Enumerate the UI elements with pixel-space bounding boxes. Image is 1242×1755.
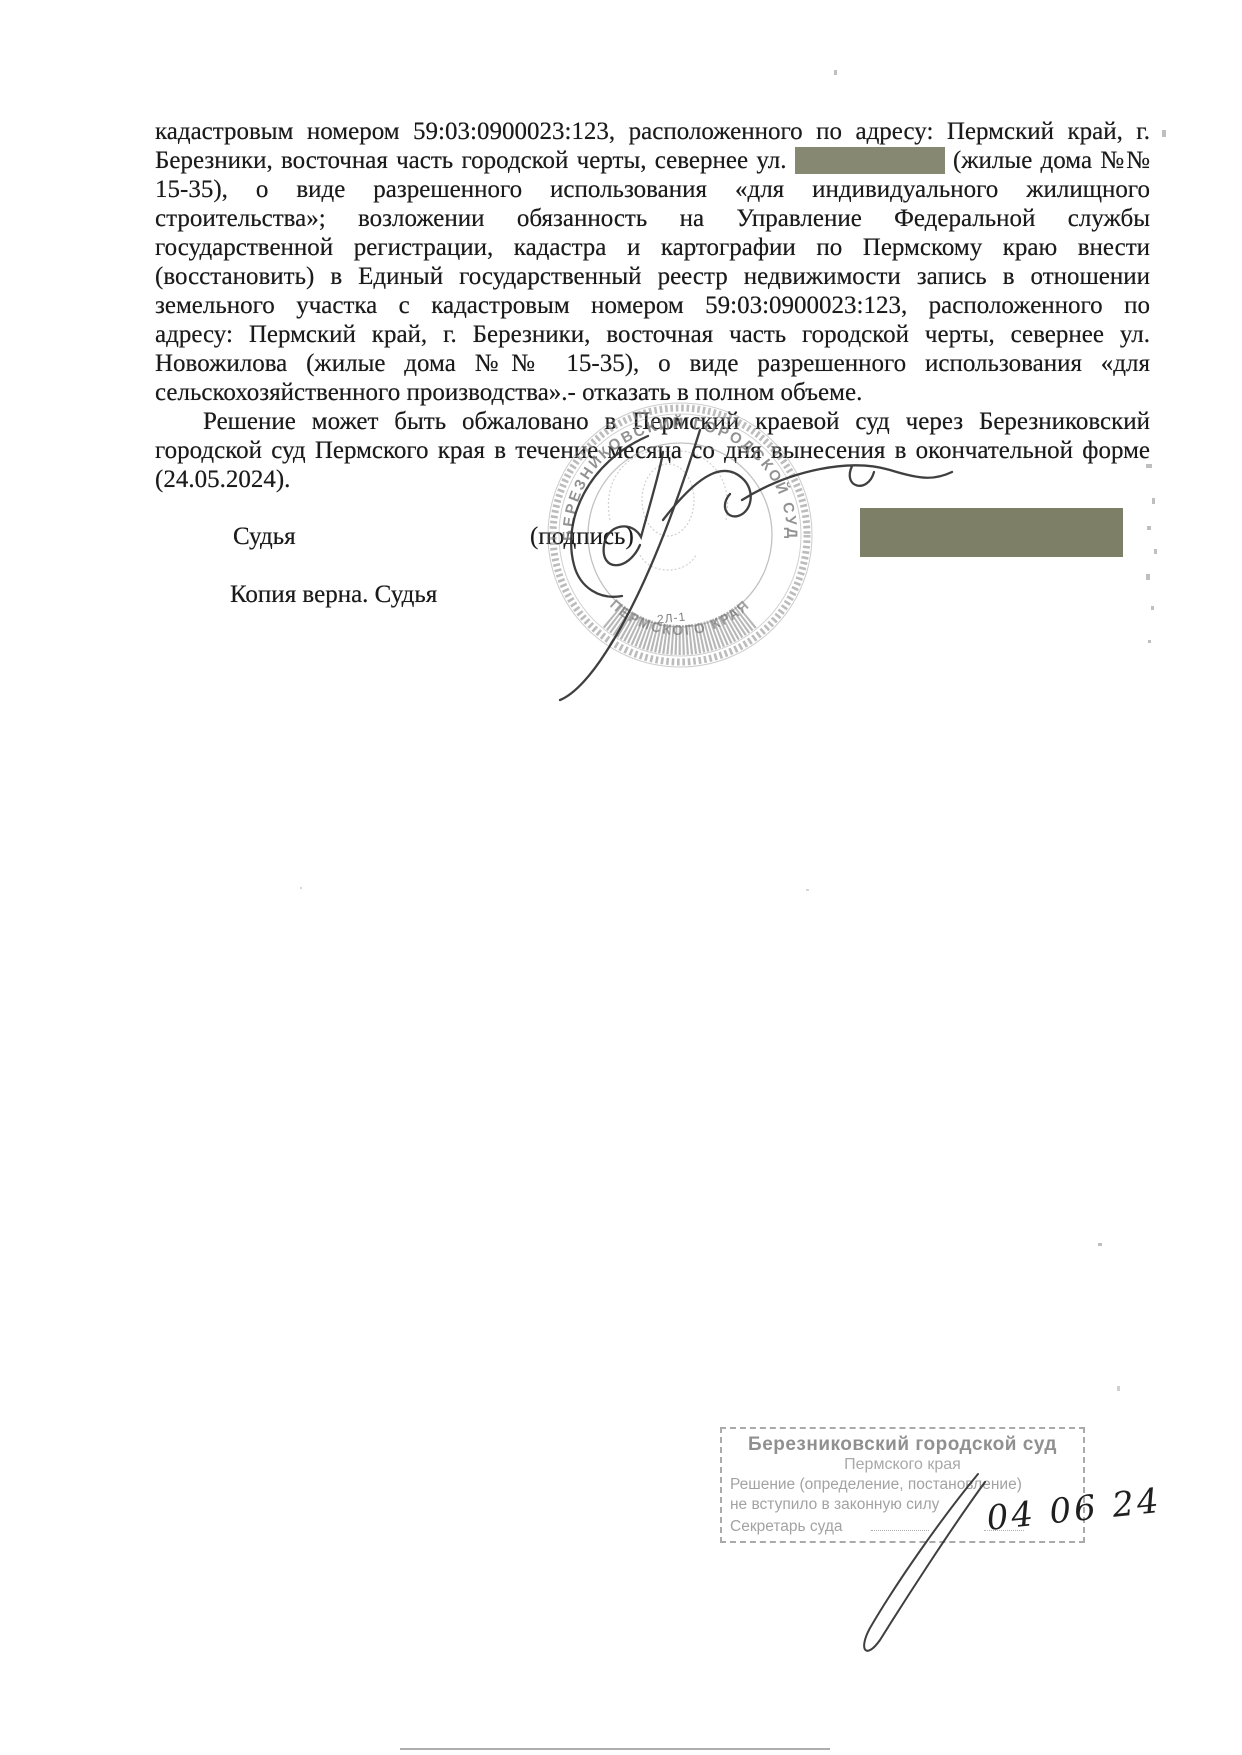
scan-speck — [1154, 549, 1157, 554]
scan-speck — [1098, 1243, 1102, 1246]
scan-speck — [300, 887, 302, 889]
scan-speck — [1148, 640, 1151, 643]
secretary-signature: 04 06 24 — [830, 1455, 1160, 1670]
redaction-street-name — [795, 147, 945, 174]
scan-speck — [1117, 1386, 1120, 1391]
text-line: (восстановить) в Единый государственный … — [155, 262, 1150, 291]
scan-speck — [806, 889, 809, 891]
text-line: строительства»; возложении обязанность н… — [155, 204, 1150, 233]
scan-speck — [834, 70, 837, 75]
stamp-secretary-text: Секретарь суда — [730, 1518, 843, 1535]
copy-certified-label: Копия верна. Судья — [230, 580, 437, 609]
judge-label: Судья — [233, 522, 296, 551]
scanned-document-page: кадастровым номером 59:03:0900023:123, р… — [0, 0, 1242, 1755]
text-segment: (жилые дома №№ — [953, 147, 1150, 174]
stamp-court-name: Березниковский городской суд — [722, 1434, 1083, 1456]
text-line: земельного участка с кадастровым номером… — [155, 291, 1150, 320]
scan-speck — [1146, 464, 1152, 468]
text-line: Березники, восточная часть городской чер… — [155, 146, 1150, 175]
seal-emblem-eagle — [608, 451, 727, 570]
text-line: государственной регистрации, кадастра и … — [155, 233, 1150, 262]
secretary-signature-loop — [864, 1474, 985, 1651]
handwritten-date: 04 06 24 — [985, 1481, 1160, 1539]
text-line: адресу: Пермский край, г. Березники, вос… — [155, 320, 1150, 349]
scan-speck — [1151, 606, 1154, 610]
scan-speck — [1152, 498, 1155, 504]
scan-artifact-line — [400, 1748, 830, 1750]
text-segment: Березники, восточная часть городской чер… — [155, 147, 786, 174]
scan-speck — [1162, 130, 1166, 137]
scan-speck — [1146, 574, 1150, 580]
text-line: 15-35), о виде разрешенного использовани… — [155, 175, 1150, 204]
judge-signature-scrawl — [560, 430, 952, 700]
scan-speck — [1147, 526, 1151, 530]
text-line: кадастровым номером 59:03:0900023:123, р… — [155, 117, 1150, 146]
text-line: Новожилова (жилые дома №№ 15-35), о виде… — [155, 349, 1150, 378]
court-seal-stamp: БЕРЕЗНИКОВСКИЙ ГОРОДСКОЙ СУД ПЕРМСКОГО К… — [500, 375, 960, 725]
